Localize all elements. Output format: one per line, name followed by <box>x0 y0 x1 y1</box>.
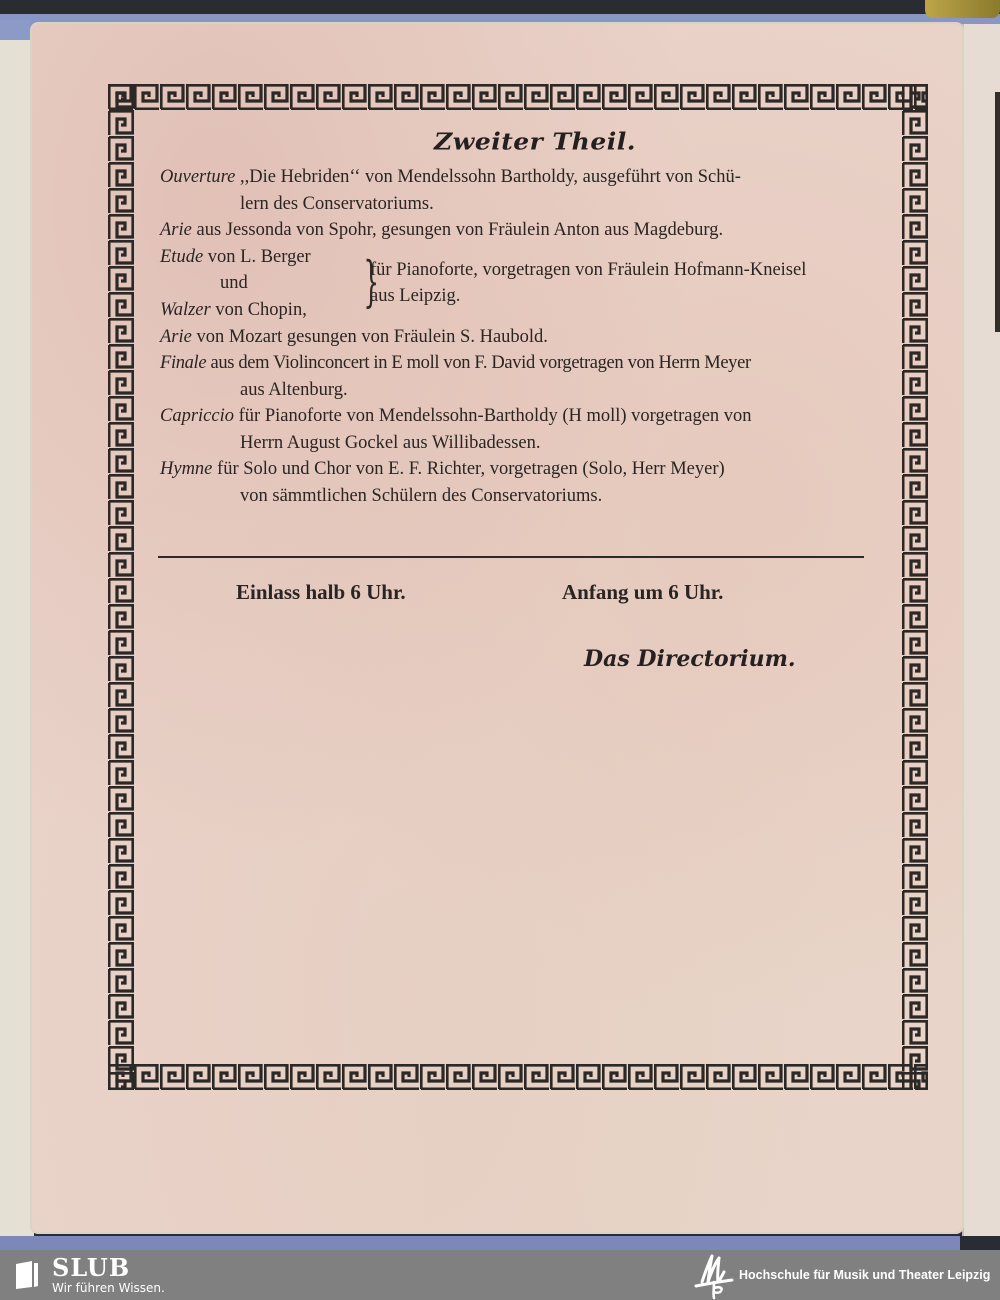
adjacent-page-border <box>995 92 1000 332</box>
pair-right: für Pianoforte, vorgetragen von Fräulein… <box>370 257 875 310</box>
entry-kind: Arie <box>160 220 192 240</box>
slub-tagline: Wir führen Wissen. <box>52 1281 165 1295</box>
border-bottom <box>108 1064 928 1090</box>
entry-text: aus dem Violinconcert in E moll von F. D… <box>206 353 751 373</box>
admission-time: Einlass halb 6 Uhr. <box>236 580 406 605</box>
entry-text: für Pianoforte, vorgetragen von Fräulein… <box>370 257 875 284</box>
program-entry-hymne: Hymne für Solo und Chor von E. F. Richte… <box>160 456 870 509</box>
program-entry-arie-mozart: Arie von Mozart gesungen von Fräulein S.… <box>160 324 870 351</box>
entry-text: von Chopin, <box>211 300 307 320</box>
entry-text: von Mozart gesungen von Fräulein S. Haub… <box>192 327 548 347</box>
signature: Das Directorium. <box>584 646 796 672</box>
program-entry-arie-spohr: Arie aus Jessonda von Spohr, gesungen vo… <box>160 217 870 244</box>
entry-text: aus Jessonda von Spohr, gesungen von Frä… <box>192 220 723 240</box>
pair-left: Etude von L. Berger und Walzer von Chopi… <box>160 244 356 324</box>
border-left <box>108 84 134 1090</box>
book-cover-left <box>0 30 34 1250</box>
border-right <box>902 84 928 1090</box>
start-time: Anfang um 6 Uhr. <box>562 580 723 605</box>
entry-continuation: aus Altenburg. <box>160 377 870 404</box>
entry-kind: Hymne <box>160 459 212 479</box>
entry-kind: Capriccio <box>160 406 234 426</box>
entry-kind: Etude <box>160 247 203 267</box>
horizontal-rule <box>158 556 864 558</box>
entry-kind: Walzer <box>160 300 211 320</box>
entry-text: und <box>160 270 356 297</box>
entry-text: aus Leipzig. <box>370 283 875 310</box>
program-content: Zweiter Theil. Ouverture ,,Die Hebriden‘… <box>160 120 870 509</box>
program-entry-finale: Finale aus dem Violinconcert in E moll v… <box>160 350 870 403</box>
hmt-name[interactable]: Hochschule für Musik und Theater Leipzig <box>739 1268 990 1282</box>
slub-name[interactable]: SLUB <box>52 1253 130 1282</box>
book-cover-bottom <box>0 1236 960 1250</box>
program-entry-capriccio: Capriccio für Pianoforte von Mendelssohn… <box>160 403 870 456</box>
border-top <box>108 84 928 110</box>
entry-text: für Pianoforte von Mendelssohn-Bartholdy… <box>234 406 752 426</box>
section-title: Zweiter Theil. <box>200 121 870 163</box>
entry-kind: Ouverture <box>160 167 235 187</box>
gold-ribbon <box>925 0 1000 18</box>
slub-book-icon[interactable] <box>14 1260 40 1290</box>
entry-text: von L. Berger <box>203 247 311 267</box>
entry-kind: Finale <box>160 353 206 373</box>
entry-text: ,,Die Hebriden‘‘ von Mendelssohn Barthol… <box>235 167 741 187</box>
footer-bar: SLUB Wir führen Wissen. Hochschule für M… <box>0 1250 1000 1300</box>
entry-continuation: lern des Conservatoriums. <box>160 191 870 218</box>
book-cover-corner <box>0 20 30 40</box>
entry-text: für Solo und Chor von E. F. Richter, vor… <box>212 459 724 479</box>
hmt-monogram-icon[interactable] <box>692 1252 736 1300</box>
program-entry-ouverture: Ouverture ,,Die Hebriden‘‘ von Mendelsso… <box>160 164 870 217</box>
entry-continuation: von sämmtlichen Schülern des Conservator… <box>160 483 870 510</box>
program-entry-etude-walzer: Etude von L. Berger und Walzer von Chopi… <box>160 244 870 324</box>
entry-kind: Arie <box>160 327 192 347</box>
entry-continuation: Herrn August Gockel aus Willibadessen. <box>160 430 870 457</box>
